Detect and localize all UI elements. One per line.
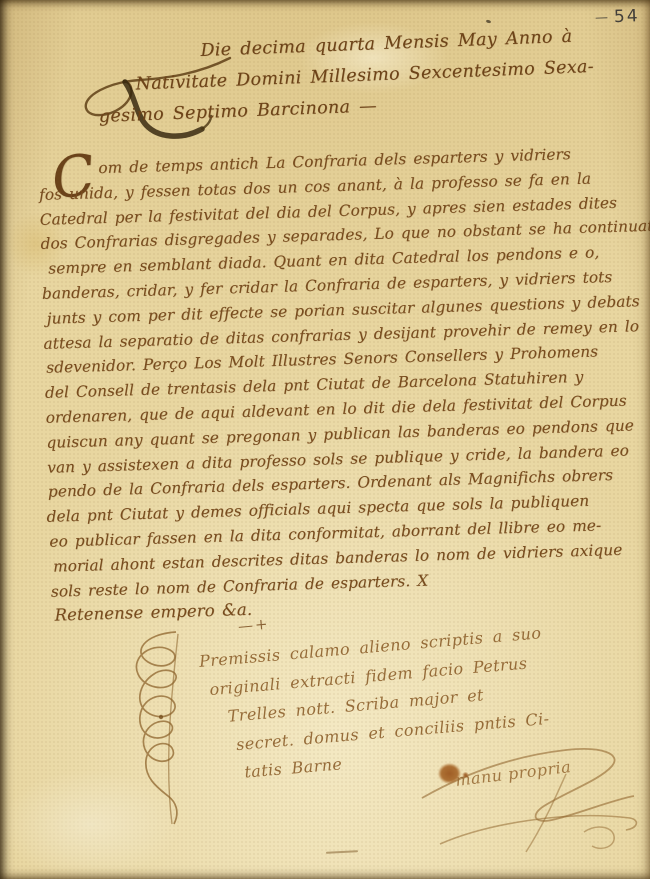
ink-stain-dot: [462, 772, 469, 778]
parchment-pale-corner: [0, 770, 180, 879]
date-heading: Die decima quarta Mensis May Anno àNativ…: [96, 21, 599, 133]
faint-pen-dash: [326, 850, 358, 854]
body-text: om de temps antich La Confraria dels esp…: [36, 140, 650, 629]
ink-speck: [486, 19, 492, 23]
folio-number: — 54: [595, 6, 640, 28]
folio-number-value: 54: [614, 6, 640, 27]
folio-dash: —: [595, 10, 609, 25]
manuscript-page: — 54 Die decima quarta Mensis May Anno à…: [0, 0, 650, 879]
notarial-certification: Premissis calamo alieno scriptis a suoor…: [198, 610, 650, 790]
closing-mark: —+: [237, 615, 270, 636]
